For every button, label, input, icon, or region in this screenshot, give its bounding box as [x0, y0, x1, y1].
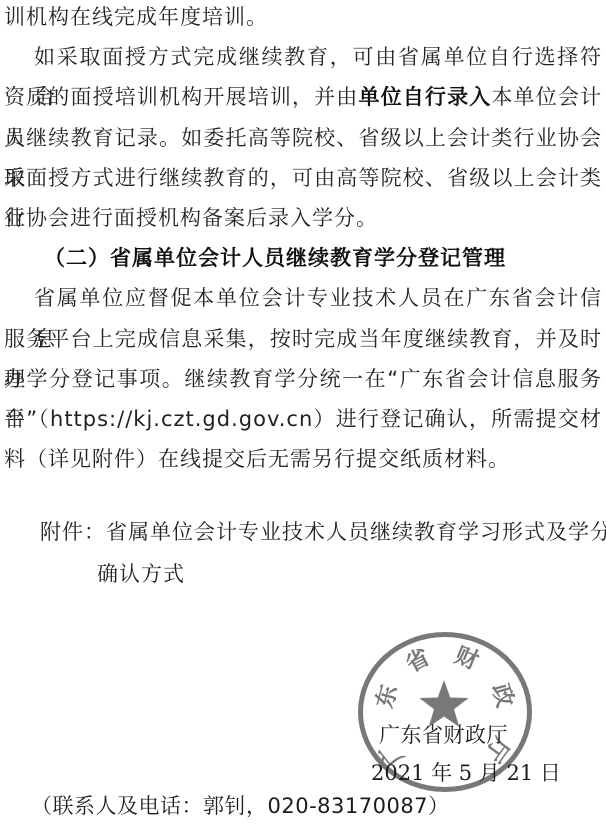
text-line: 如采取面授方式完成继续教育，可由省属单位自行选择符合	[4, 37, 602, 77]
text-segment: 资质的面授培训机构开展培训，并由	[4, 85, 358, 109]
text-line: 取面授方式进行继续教育的，可由高等院校、省级以上会计类行	[4, 158, 602, 198]
signing-org-name: 广东省财政厅	[379, 719, 508, 749]
text-line: 服务平台上完成信息采集，按时完成当年度继续教育，并及时办	[4, 319, 602, 359]
text-segment: 业协会进行面授机构备案后录入学分。	[4, 206, 378, 230]
section-heading: （二）省属单位会计人员继续教育学分登记管理	[4, 238, 602, 278]
text-segment: 台”（https://kj.czt.gd.gov.cn）进行登记确认，所需提交材	[4, 407, 602, 431]
contact-line: （联系人及电话：郭钊，020-83170087）	[31, 790, 450, 820]
attachment-line: 确认方式	[4, 554, 602, 596]
bold-text-segment: （二）省属单位会计人员继续教育学分登记管理	[44, 246, 506, 270]
text-line: 资质的面授培训机构开展培训，并由单位自行录入本单位会计人	[4, 77, 602, 117]
text-segment: 料（详见附件）在线提交后无需另行提交纸质材料。	[4, 447, 510, 471]
text-line: 理学分登记事项。继续教育学分统一在“广东省会计信息服务平	[4, 359, 602, 399]
scanned-document-page: 训机构在线完成年度培训。如采取面授方式完成继续教育，可由省属单位自行选择符合资质…	[0, 0, 606, 826]
signature-date: 2021 年 5 月 21 日	[371, 757, 561, 787]
attachment-line: 附件：省属单位会计专业技术人员继续教育学习形式及学分	[4, 512, 602, 554]
text-line: 员继续教育记录。如委托高等院校、省级以上会计类行业协会采	[4, 118, 602, 158]
text-line: 台”（https://kj.czt.gd.gov.cn）进行登记确认，所需提交材	[4, 399, 602, 439]
document-body: 训机构在线完成年度培训。如采取面授方式完成继续教育，可由省属单位自行选择符合资质…	[4, 0, 602, 479]
bold-text-segment: 单位自行录入	[358, 85, 491, 109]
text-line: 省属单位应督促本单位会计专业技术人员在广东省会计信息	[4, 278, 602, 318]
text-segment: 训机构在线完成年度培训。	[4, 5, 268, 29]
text-line: 业协会进行面授机构备案后录入学分。	[4, 198, 602, 238]
text-line: 训机构在线完成年度培训。	[4, 0, 602, 37]
attachment-block: 附件：省属单位会计专业技术人员继续教育学习形式及学分确认方式	[4, 512, 602, 595]
text-line: 料（详见附件）在线提交后无需另行提交纸质材料。	[4, 439, 602, 479]
